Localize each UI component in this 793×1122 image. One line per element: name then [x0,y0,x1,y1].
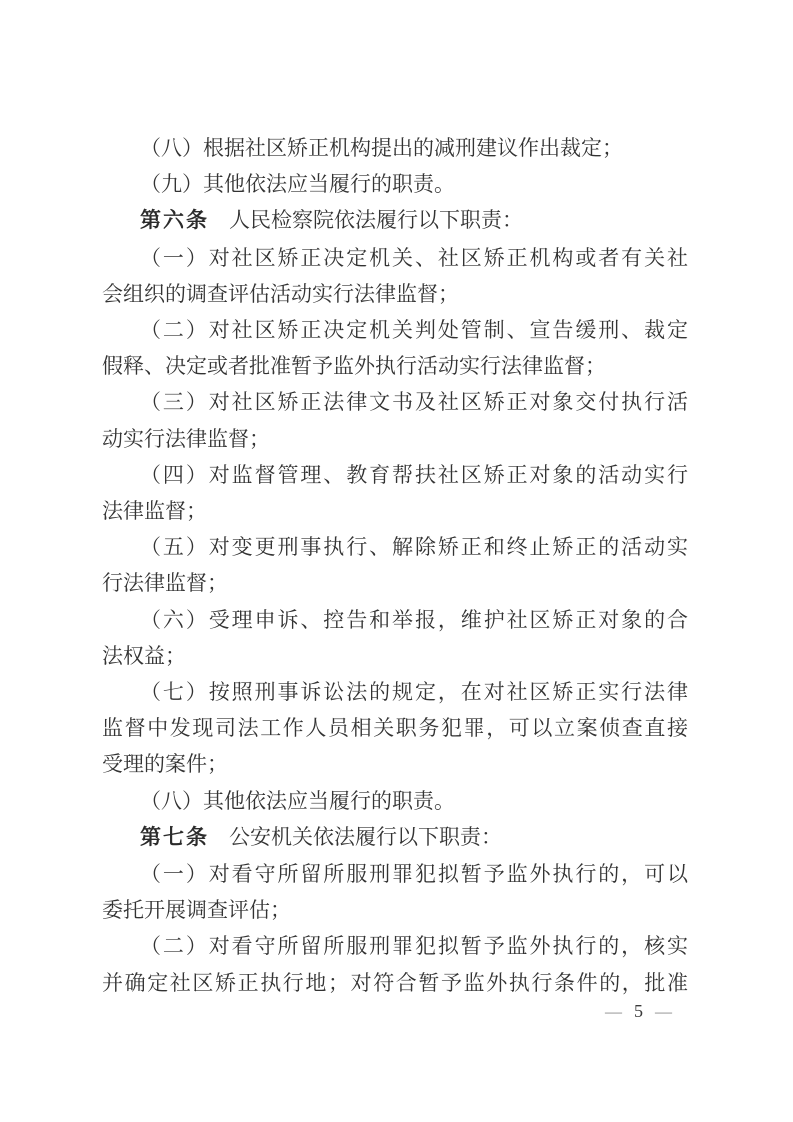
text-line: 法律监督； [102,493,688,529]
article-number: 第七条 [140,826,209,849]
text-line: 监督中发现司法工作人员相关职务犯罪，可以立案侦查直接 [102,710,688,746]
item-paragraph: （二）对看守所留所服刑罪犯拟暂予监外执行的，核实并确定社区矫正执行地；对符合暂予… [102,928,688,1000]
text-line: 法权益； [102,638,688,674]
text-line: 动实行法律监督； [102,421,688,457]
text-line: 会组织的调查评估活动实行法律监督； [102,276,688,312]
text-line: （四）对监督管理、教育帮扶社区矫正对象的活动实行 [102,457,688,493]
item-paragraph: （六）受理申诉、控告和举报，维护社区矫正对象的合法权益； [102,602,688,674]
text-line: 第七条公安机关依法履行以下职责： [102,819,688,856]
page-number-left-dash: — [605,1002,622,1021]
text-line: （六）受理申诉、控告和举报，维护社区矫正对象的合 [102,602,688,638]
page-number-value: 5 [634,1001,643,1021]
text-line: （七）按照刑事诉讼法的规定，在对社区矫正实行法律 [102,674,688,710]
text-line: 并确定社区矫正执行地；对符合暂予监外执行条件的，批准 [102,965,688,1001]
document-body: （八）根据社区矫正机构提出的减刑建议作出裁定；（九）其他依法应当履行的职责。第六… [102,130,688,1001]
text-line: （一）对社区矫正决定机关、社区矫正机构或者有关社 [102,240,688,276]
text-line: 委托开展调查评估； [102,892,688,928]
item-paragraph: （七）按照刑事诉讼法的规定，在对社区矫正实行法律监督中发现司法工作人员相关职务犯… [102,674,688,783]
text-line: 受理的案件； [102,746,688,782]
item-paragraph: （二）对社区矫正决定机关判处管制、宣告缓刑、裁定假释、决定或者批准暂予监外执行活… [102,312,688,384]
text-line: （三）对社区矫正法律文书及社区矫正对象交付执行活 [102,384,688,420]
article-paragraph: 第六条人民检察院依法履行以下职责： [102,202,688,239]
text-line: （一）对看守所留所服刑罪犯拟暂予监外执行的，可以 [102,856,688,892]
page-number-right-dash: — [655,1002,672,1021]
text-line: （二）对看守所留所服刑罪犯拟暂予监外执行的，核实 [102,928,688,964]
document-page: （八）根据社区矫正机构提出的减刑建议作出裁定；（九）其他依法应当履行的职责。第六… [0,0,793,1122]
article-title-text: 公安机关依法履行以下职责： [229,825,502,849]
item-paragraph: （一）对社区矫正决定机关、社区矫正机构或者有关社会组织的调查评估活动实行法律监督… [102,240,688,312]
article-number: 第六条 [140,209,209,232]
text-line: 行法律监督； [102,565,688,601]
item-paragraph: （五）对变更刑事执行、解除矫正和终止矫正的活动实行法律监督； [102,529,688,601]
text-line: 假释、决定或者批准暂予监外执行活动实行法律监督； [102,348,688,384]
item-paragraph: （四）对监督管理、教育帮扶社区矫正对象的活动实行法律监督； [102,457,688,529]
item-paragraph: （三）对社区矫正法律文书及社区矫正对象交付执行活动实行法律监督； [102,384,688,456]
text-line: 第六条人民检察院依法履行以下职责： [102,202,688,239]
article-paragraph: 第七条公安机关依法履行以下职责： [102,819,688,856]
page-number: —5— [102,1001,672,1022]
item-paragraph: （一）对看守所留所服刑罪犯拟暂予监外执行的，可以委托开展调查评估； [102,856,688,928]
text-line: （五）对变更刑事执行、解除矫正和终止矫正的活动实 [102,529,688,565]
item-paragraph: （九）其他依法应当履行的职责。 [102,166,688,202]
text-line: （二）对社区矫正决定机关判处管制、宣告缓刑、裁定 [102,312,688,348]
article-title-text: 人民检察院依法履行以下职责： [229,208,523,232]
text-line: （八）其他依法应当履行的职责。 [102,783,688,819]
item-paragraph: （八）根据社区矫正机构提出的减刑建议作出裁定； [102,130,688,166]
text-line: （九）其他依法应当履行的职责。 [102,166,688,202]
text-line: （八）根据社区矫正机构提出的减刑建议作出裁定； [102,130,688,166]
item-paragraph: （八）其他依法应当履行的职责。 [102,783,688,819]
